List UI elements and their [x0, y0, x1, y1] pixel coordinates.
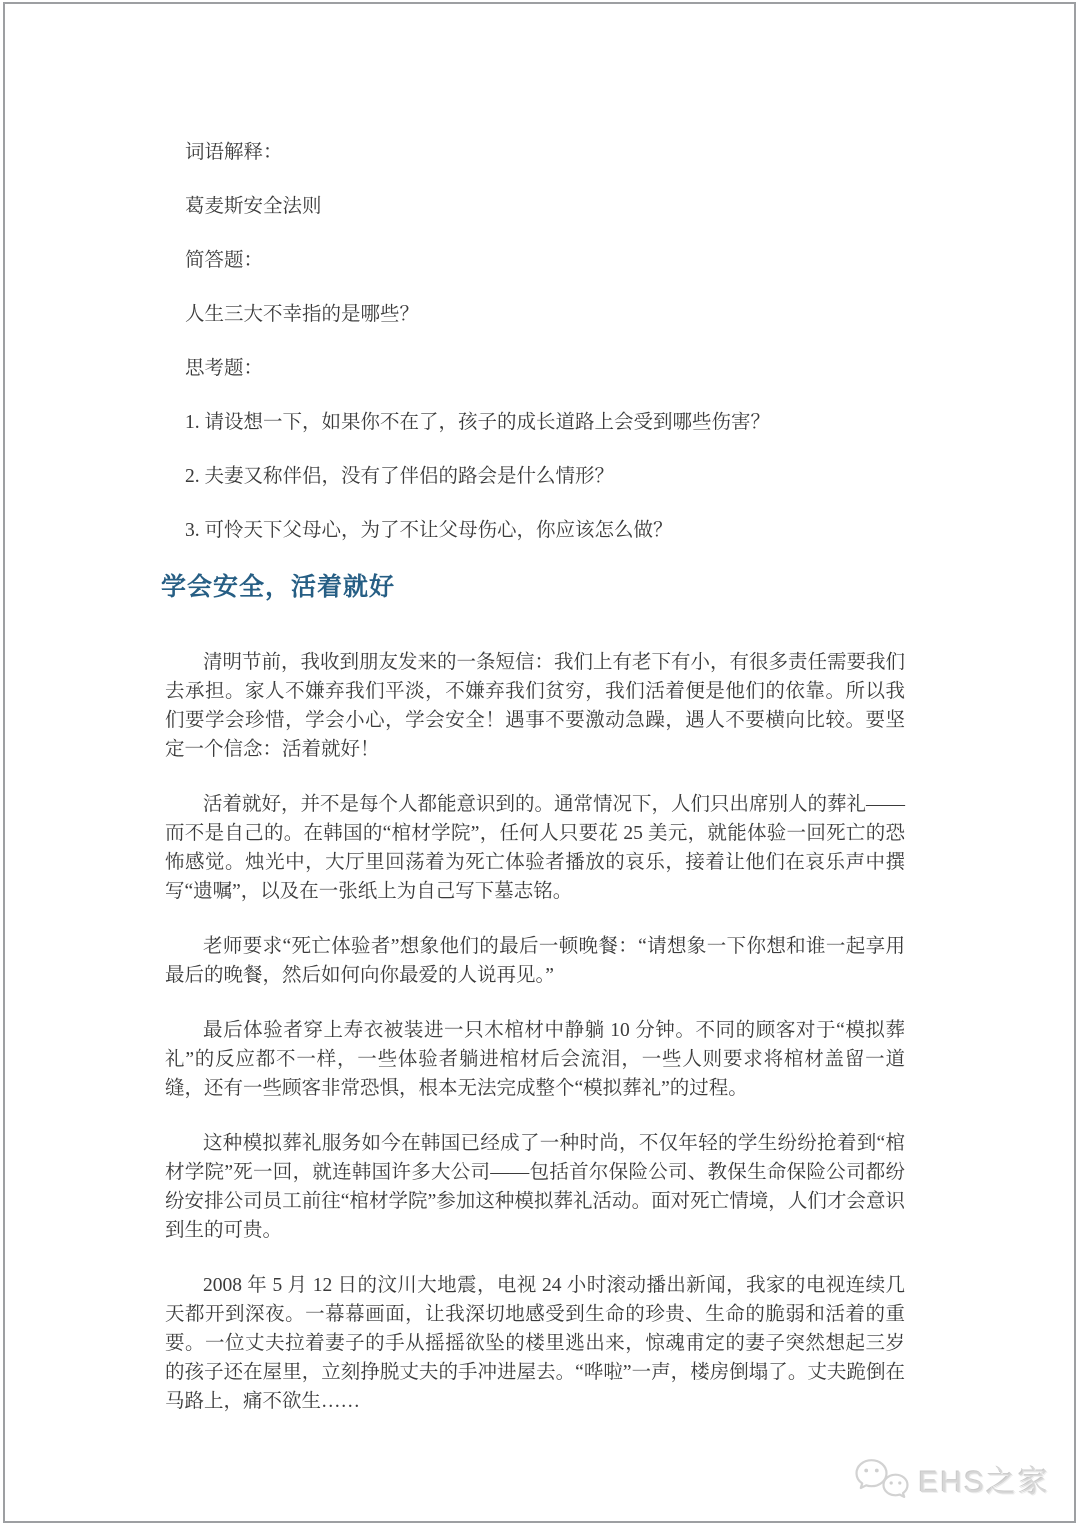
body-paragraph-2: 活着就好，并不是每个人都能意识到的。通常情况下，人们只出席别人的葬礼——而不是自…: [165, 790, 905, 906]
qa-line-question: 人生三大不幸指的是哪些？: [165, 300, 905, 329]
page-content: 词语解释： 葛麦斯安全法则 简答题： 人生三大不幸指的是哪些？ 思考题： 1. …: [165, 138, 905, 1442]
body-paragraph-4: 最后体验者穿上寿衣被装进一只木棺材中静躺 10 分钟。不同的顾客对于“模拟葬礼”…: [165, 1016, 905, 1103]
qa-line-thinking: 思考题：: [165, 354, 905, 383]
qa-item-3: 3. 可怜天下父母心，为了不让父母伤心，你应该怎么做？: [165, 516, 905, 545]
body-paragraph-3: 老师要求“死亡体验者”想象他们的最后一顿晚餐：“请想象一下你想和谁一起享用最后的…: [165, 932, 905, 990]
body-paragraph-5: 这种模拟葬礼服务如今在韩国已经成了一种时尚，不仅年轻的学生纷纷抢着到“棺材学院”…: [165, 1129, 905, 1245]
body-paragraph-1: 清明节前，我收到朋友发来的一条短信：我们上有老下有小，有很多责任需要我们去承担。…: [165, 648, 905, 764]
section-title: 学会安全，活着就好: [161, 570, 905, 604]
qa-item-2: 2. 夫妻又称伴侣，没有了伴侣的路会是什么情形？: [165, 462, 905, 491]
qa-item-1: 1. 请设想一下，如果你不在了，孩子的成长道路上会受到哪些伤害？: [165, 408, 905, 437]
body-paragraph-6: 2008 年 5 月 12 日的汶川大地震，电视 24 小时滚动播出新闻，我家的…: [165, 1271, 905, 1416]
qa-line-short-answer: 简答题：: [165, 246, 905, 275]
wechat-icon: [855, 1457, 909, 1501]
watermark-label: EHS之家: [918, 1457, 1050, 1501]
qa-line-label: 词语解释：: [165, 138, 905, 167]
watermark: EHS之家: [855, 1457, 1050, 1501]
qa-line-term: 葛麦斯安全法则: [165, 192, 905, 221]
